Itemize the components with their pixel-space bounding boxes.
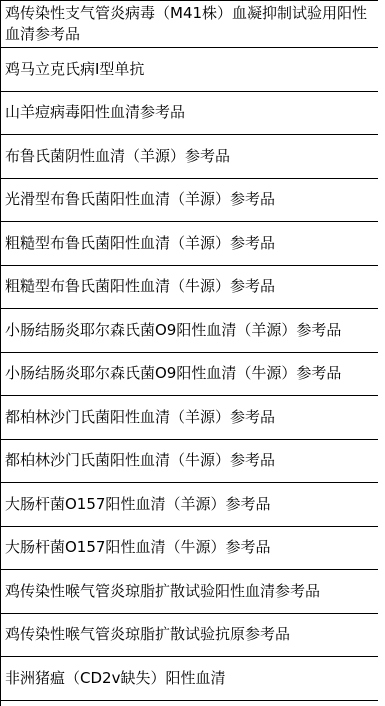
product-name: 大肠杆菌O157阳性血清（牛源）参考品 <box>5 537 270 558</box>
table-row: 大肠杆菌O157阳性血清（牛源）参考品 <box>1 527 378 571</box>
table-row: 山羊痘病毒阳性血清参考品 <box>1 92 378 136</box>
product-name: 鸡传染性喉气管炎琼脂扩散试验阳性血清参考品 <box>5 581 320 602</box>
product-name: 粗糙型布鲁氏菌阳性血清（牛源）参考品 <box>5 276 275 297</box>
table-row: 光滑型布鲁氏菌阳性血清（羊源）参考品 <box>1 179 378 223</box>
product-name: 非洲猪瘟（CD2v缺失）阳性血清 <box>5 668 225 689</box>
product-name: 鸡马立克氏病I型单抗 <box>5 59 144 80</box>
table-row: 都柏林沙门氏菌阳性血清（羊源）参考品 <box>1 396 378 440</box>
table-row: 都柏林沙门氏菌阳性血清（牛源）参考品 <box>1 440 378 484</box>
table-row: 鸡传染性喉气管炎琼脂扩散试验抗原参考品 <box>1 614 378 658</box>
table-row: 小肠结肠炎耶尔森氏菌O9阳性血清（羊源）参考品 <box>1 309 378 353</box>
screenshot-root: 鸡传染性支气管炎病毒（M41株）血凝抑制试验用阳性血清参考品 鸡马立克氏病I型单… <box>0 0 385 706</box>
table-row: 粗糙型布鲁氏菌阳性血清（牛源）参考品 <box>1 266 378 310</box>
product-name: 都柏林沙门氏菌阳性血清（牛源）参考品 <box>5 450 275 471</box>
product-name: 大肠杆菌O157阳性血清（羊源）参考品 <box>5 494 270 515</box>
product-name: 粗糙型布鲁氏菌阳性血清（羊源）参考品 <box>5 233 275 254</box>
partial-next-row <box>1 701 378 706</box>
product-name: 山羊痘病毒阳性血清参考品 <box>5 102 185 123</box>
table-row: 鸡传染性喉气管炎琼脂扩散试验阳性血清参考品 <box>1 570 378 614</box>
table-row: 非洲猪瘟（CD2v缺失）阳性血清 <box>1 657 378 701</box>
table-row: 粗糙型布鲁氏菌阳性血清（羊源）参考品 <box>1 222 378 266</box>
reference-products-table: 鸡传染性支气管炎病毒（M41株）血凝抑制试验用阳性血清参考品 鸡马立克氏病I型单… <box>0 0 378 706</box>
table-row: 布鲁氏菌阴性血清（羊源）参考品 <box>1 135 378 179</box>
product-name: 都柏林沙门氏菌阳性血清（羊源）参考品 <box>5 407 275 428</box>
product-name: 小肠结肠炎耶尔森氏菌O9阳性血清（羊源）参考品 <box>5 320 341 341</box>
table-row: 鸡马立克氏病I型单抗 <box>1 48 378 92</box>
table-row: 鸡传染性支气管炎病毒（M41株）血凝抑制试验用阳性血清参考品 <box>1 1 378 48</box>
table-row: 大肠杆菌O157阳性血清（羊源）参考品 <box>1 483 378 527</box>
product-name: 光滑型布鲁氏菌阳性血清（羊源）参考品 <box>5 189 275 210</box>
product-name: 布鲁氏菌阴性血清（羊源）参考品 <box>5 146 230 167</box>
table-row: 小肠结肠炎耶尔森氏菌O9阳性血清（牛源）参考品 <box>1 353 378 397</box>
product-name: 鸡传染性喉气管炎琼脂扩散试验抗原参考品 <box>5 624 290 645</box>
product-name: 鸡传染性支气管炎病毒（M41株）血凝抑制试验用阳性血清参考品 <box>5 3 375 45</box>
table-rows: 鸡传染性支气管炎病毒（M41株）血凝抑制试验用阳性血清参考品 鸡马立克氏病I型单… <box>1 1 378 701</box>
product-name: 小肠结肠炎耶尔森氏菌O9阳性血清（牛源）参考品 <box>5 363 341 384</box>
